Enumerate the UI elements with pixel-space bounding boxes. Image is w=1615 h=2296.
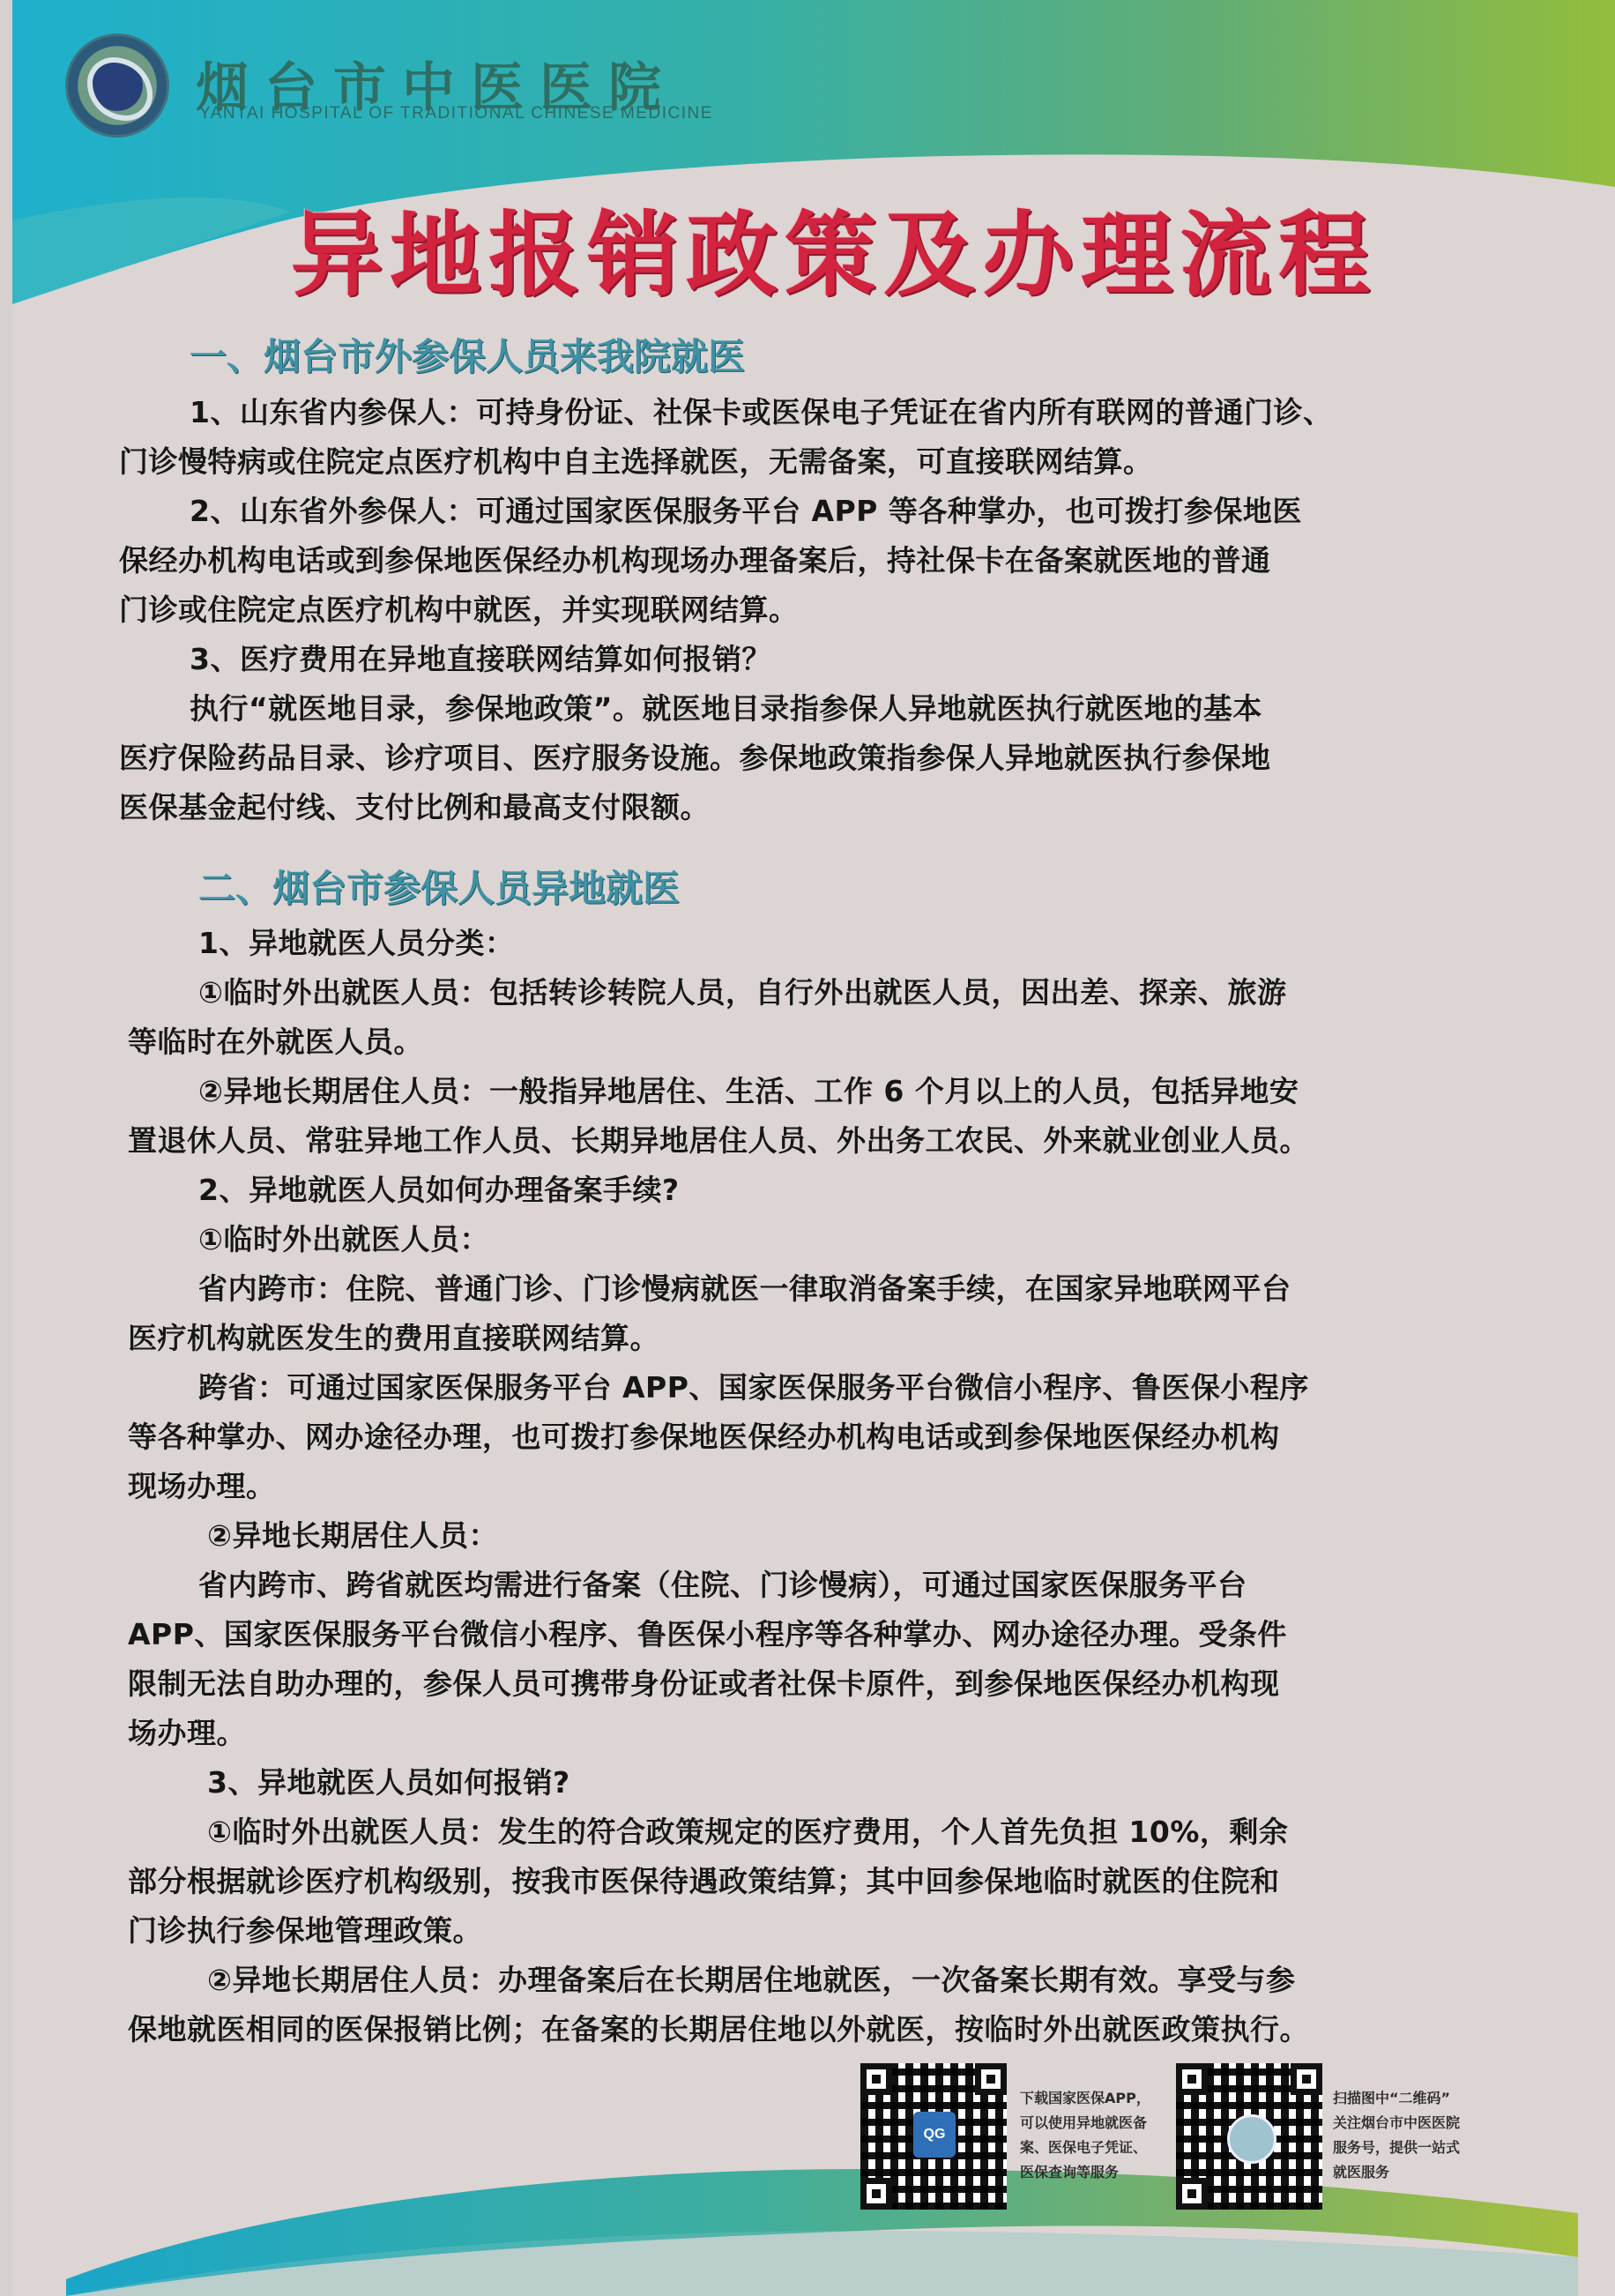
paragraph: 等各种掌办、网办途径办理，也可拨打参保地医保经办机构电话或到参保地医保经办机构 — [128, 1413, 1556, 1462]
paragraph: 场办理。 — [128, 1709, 1556, 1758]
paragraph: 1、异地就医人员分类： — [128, 919, 1556, 968]
hospital-emblem-icon — [65, 34, 169, 138]
caption-line: 就医服务 — [1333, 2160, 1460, 2185]
paragraph: 部分根据就诊医疗机构级别，按我市医保待遇政策结算；其中回参保地临时就医的住院和 — [128, 1857, 1556, 1906]
paragraph: 医疗机构就医发生的费用直接联网结算。 — [128, 1314, 1556, 1363]
paragraph: 保经办机构电话或到参保地医保经办机构现场办理备案后，持社保卡在备案就医地的普通 — [119, 536, 1547, 585]
paragraph: 跨省：可通过国家医保服务平台 APP、国家医保服务平台微信小程序、鲁医保小程序 — [128, 1363, 1556, 1413]
paragraph: 执行“就医地目录，参保地政策”。就医地目录指参保人异地就医执行就医地的基本 — [119, 684, 1547, 734]
paragraph: 3、异地就医人员如何报销? — [128, 1758, 1556, 1808]
paragraph: 等临时在外就医人员。 — [128, 1018, 1556, 1067]
caption-line: 服务号，提供一站式 — [1333, 2136, 1460, 2160]
caption-line: 可以使用异地就医备 — [1020, 2111, 1150, 2136]
qr-finder-icon — [1176, 2063, 1208, 2095]
qr2-caption: 扫描图中“二维码” 关注烟台市中医医院 服务号，提供一站式 就医服务 — [1333, 2086, 1460, 2185]
paragraph: 置退休人员、常驻异地工作人员、长期异地居住人员、外出务工农民、外来就业创业人员。 — [128, 1116, 1556, 1166]
national-medical-insurance-app-icon: QG — [913, 2112, 956, 2158]
page-title: 异地报销政策及办理流程 — [291, 181, 1377, 313]
section-2-heading: 二、烟台市参保人员异地就医 — [198, 860, 680, 913]
caption-line: 医保查询等服务 — [1020, 2160, 1150, 2185]
paragraph: 门诊慢特病或住院定点医疗机构中自主选择就医，无需备案，可直接联网结算。 — [119, 437, 1547, 487]
hospital-name-en: YANTAI HOSPITAL OF TRADITIONAL CHINESE M… — [199, 104, 713, 123]
paragraph: 医疗保险药品目录、诊疗项目、医疗服务设施。参保地政策指参保人异地就医执行参保地 — [119, 734, 1547, 783]
section-1-heading: 一、烟台市外参保人员来我院就医 — [190, 328, 745, 381]
paragraph: ②异地长期居住人员： — [128, 1511, 1556, 1561]
qr-finder-icon — [860, 2178, 892, 2210]
hospital-emblem-icon — [1227, 2114, 1276, 2164]
paragraph: 省内跨市：住院、普通门诊、门诊慢病就医一律取消备案手续，在国家异地联网平台 — [128, 1264, 1556, 1314]
paragraph: ①临时外出就医人员： — [128, 1215, 1556, 1264]
paragraph: 门诊执行参保地管理政策。 — [128, 1906, 1556, 1956]
caption-line: 案、医保电子凭证、 — [1020, 2136, 1150, 2160]
qr-finder-icon — [1176, 2178, 1208, 2210]
paragraph: 2、山东省外参保人：可通过国家医保服务平台 APP 等各种掌办，也可拨打参保地医 — [119, 487, 1547, 536]
qr1-caption: 下载国家医保APP， 可以使用异地就医备 案、医保电子凭证、 医保查询等服务 — [1020, 2086, 1150, 2185]
paragraph: 1、山东省内参保人：可持身份证、社保卡或医保电子凭证在省内所有联网的普通门诊、 — [119, 388, 1547, 437]
paragraph: ①临时外出就医人员：发生的符合政策规定的医疗费用，个人首先负担 10%，剩余 — [128, 1808, 1556, 1857]
qr-code-hospital-service-account[interactable] — [1176, 2063, 1322, 2210]
section-1-body: 1、山东省内参保人：可持身份证、社保卡或医保电子凭证在省内所有联网的普通门诊、 … — [119, 388, 1547, 832]
qr-finder-icon — [975, 2063, 1007, 2095]
caption-line: 关注烟台市中医医院 — [1333, 2111, 1460, 2136]
caption-line: 下载国家医保APP， — [1020, 2086, 1150, 2111]
caption-line: 扫描图中“二维码” — [1333, 2086, 1460, 2111]
paragraph: ②异地长期居住人员：办理备案后在长期居住地就医，一次备案长期有效。享受与参 — [128, 1956, 1556, 2005]
paragraph: ②异地长期居住人员：一般指异地居住、生活、工作 6 个月以上的人员，包括异地安 — [128, 1067, 1556, 1116]
paragraph: 限制无法自助办理的，参保人员可携带身份证或者社保卡原件，到参保地医保经办机构现 — [128, 1659, 1556, 1709]
paragraph: 2、异地就医人员如何办理备案手续? — [128, 1166, 1556, 1215]
paragraph: 门诊或住院定点医疗机构中就医，并实现联网结算。 — [119, 585, 1547, 635]
paragraph: 省内跨市、跨省就医均需进行备案（住院、门诊慢病），可通过国家医保服务平台 — [128, 1561, 1556, 1610]
paragraph: ①临时外出就医人员：包括转诊转院人员，自行外出就医人员，因出差、探亲、旅游 — [128, 968, 1556, 1018]
paragraph: 医保基金起付线、支付比例和最高支付限额。 — [119, 783, 1547, 832]
section-2-body: 1、异地就医人员分类： ①临时外出就医人员：包括转诊转院人员，自行外出就医人员，… — [128, 919, 1556, 2054]
qr-finder-icon — [860, 2063, 892, 2095]
paragraph: 3、医疗费用在异地直接联网结算如何报销？ — [119, 635, 1547, 684]
paragraph: 保地就医相同的医保报销比例；在备案的长期居住地以外就医，按临时外出就医政策执行。 — [128, 2005, 1556, 2054]
qr-finder-icon — [1291, 2063, 1322, 2095]
qr-code-national-medical-insurance-app[interactable]: QG — [860, 2063, 1007, 2210]
paragraph: APP、国家医保服务平台微信小程序、鲁医保小程序等各种掌办、网办途径办理。受条件 — [128, 1610, 1556, 1659]
paragraph: 现场办理。 — [128, 1462, 1556, 1511]
